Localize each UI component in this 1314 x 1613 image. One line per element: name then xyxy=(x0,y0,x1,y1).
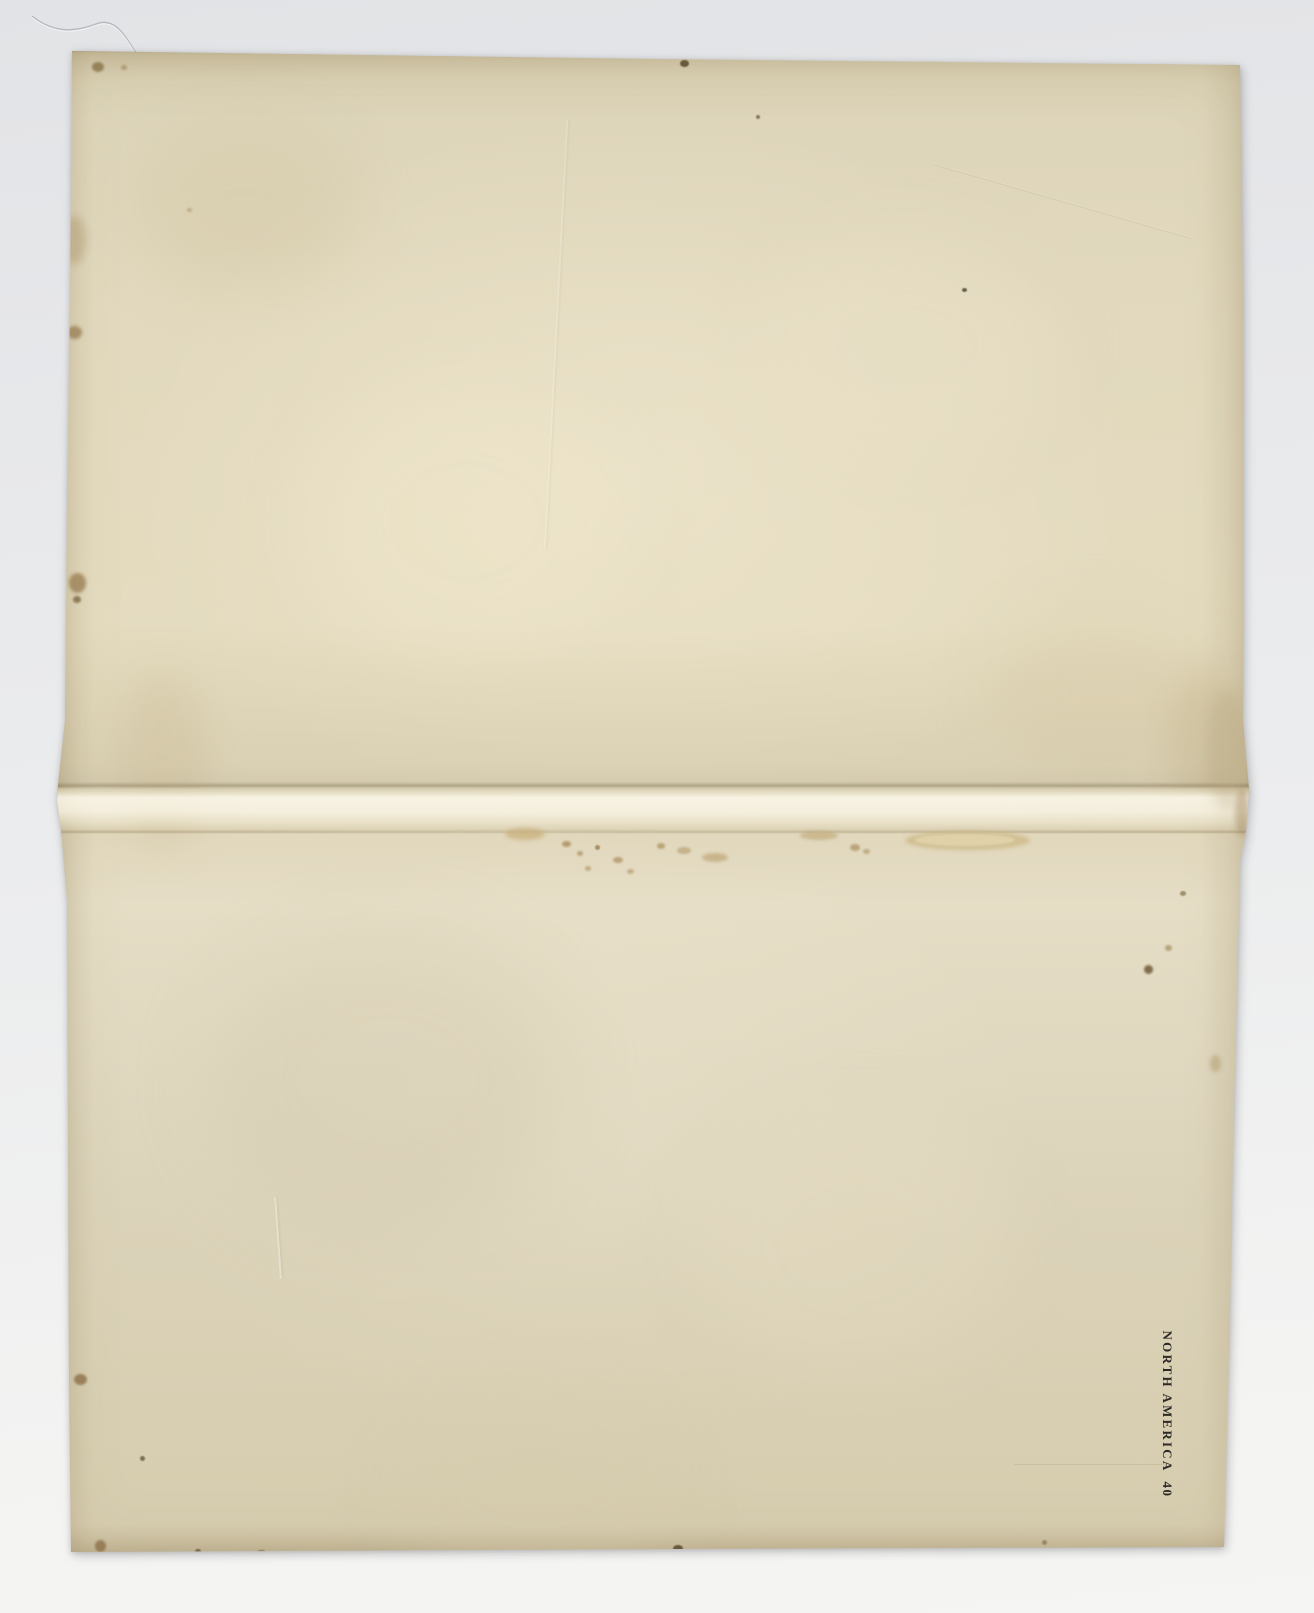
stain xyxy=(702,853,728,862)
paper-sheet: NORTH AMERICA40 xyxy=(57,51,1249,1555)
stain xyxy=(863,849,870,854)
mottling-patch xyxy=(387,1391,687,1591)
plate-title: NORTH AMERICA xyxy=(1160,1331,1175,1473)
wrinkle-crease xyxy=(932,164,1192,239)
stain xyxy=(73,596,81,603)
stain xyxy=(627,869,634,874)
stain xyxy=(121,65,127,70)
stain xyxy=(595,845,600,850)
plate-caption: NORTH AMERICA40 xyxy=(1159,1331,1175,1498)
mottling-patch xyxy=(697,1111,1017,1381)
stain xyxy=(1042,1540,1047,1545)
stain xyxy=(677,847,691,854)
stain xyxy=(67,326,82,339)
photo-backdrop: NORTH AMERICA40 xyxy=(0,0,1314,1613)
stain xyxy=(756,115,760,119)
stain xyxy=(195,1549,201,1554)
stain xyxy=(1165,945,1172,951)
mottling-patch xyxy=(207,931,567,1231)
mottling-patch xyxy=(757,231,1057,461)
stain xyxy=(1210,1055,1221,1072)
plate-number: 40 xyxy=(1160,1481,1175,1497)
stain xyxy=(673,1545,683,1552)
stain xyxy=(1207,691,1247,811)
stain xyxy=(1180,891,1186,896)
stain xyxy=(915,834,1015,846)
stain xyxy=(613,857,623,863)
stain xyxy=(657,843,665,849)
stain xyxy=(74,1374,87,1385)
stain xyxy=(1144,965,1153,974)
wrinkle-crease xyxy=(1014,1464,1164,1465)
mottling-patch xyxy=(307,381,627,661)
fold-highlight-band xyxy=(57,788,1249,831)
paper-surface: NORTH AMERICA40 xyxy=(57,51,1249,1555)
mottling-patch xyxy=(117,671,207,851)
stain xyxy=(140,1456,145,1461)
stain xyxy=(577,851,583,856)
fold-crease-shadow xyxy=(57,782,1249,788)
stain xyxy=(505,828,545,840)
stain xyxy=(62,216,86,264)
wrinkle-crease xyxy=(274,1197,282,1279)
stain xyxy=(800,831,838,840)
mottling-patch xyxy=(137,121,357,291)
stain xyxy=(850,844,860,851)
stain xyxy=(962,288,967,292)
stain xyxy=(92,62,104,72)
stain xyxy=(680,60,689,67)
fold-lower-crease-line xyxy=(57,831,1249,833)
stain xyxy=(95,1540,106,1552)
stain xyxy=(187,208,192,212)
stain xyxy=(562,841,571,847)
stain xyxy=(257,1550,266,1555)
stain xyxy=(69,573,86,593)
stain xyxy=(585,866,591,871)
